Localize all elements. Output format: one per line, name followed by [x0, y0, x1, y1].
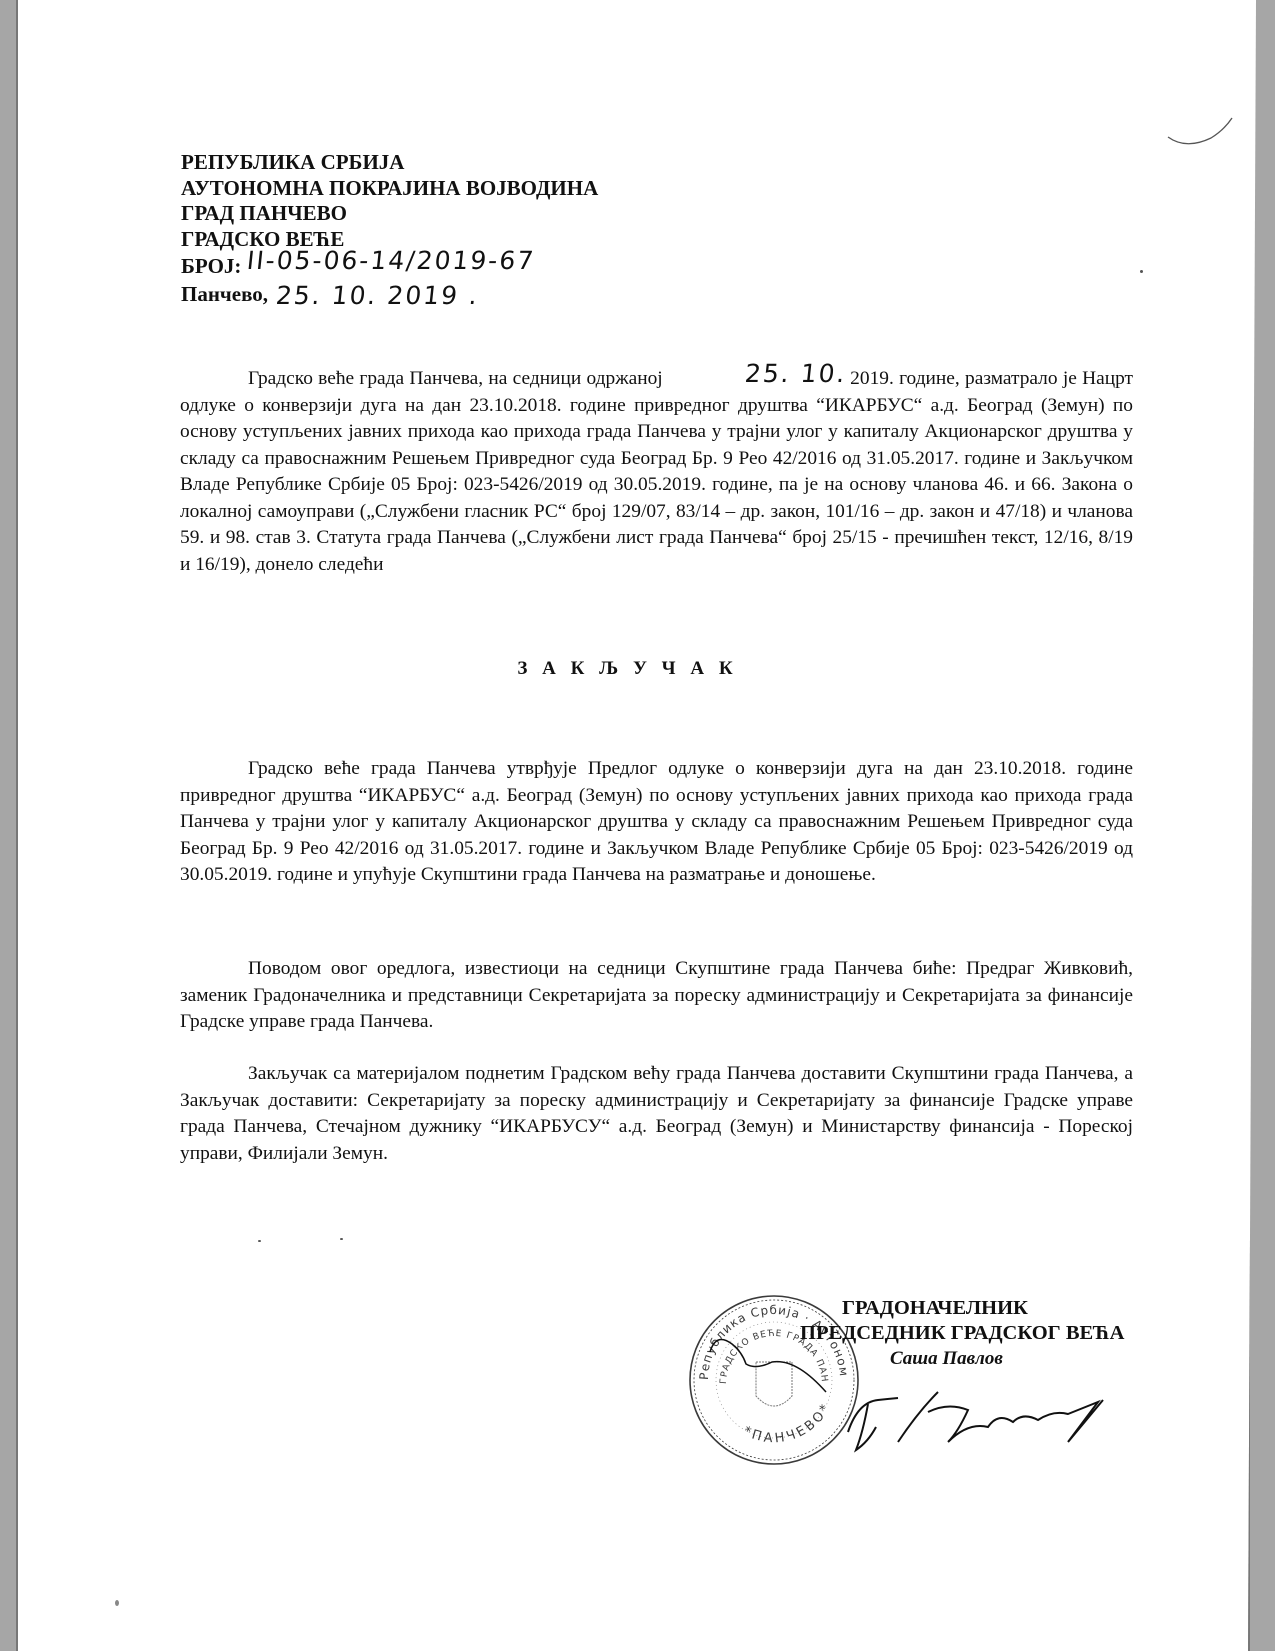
pen-mark [1166, 110, 1236, 160]
header-line-province: АУТОНОМНА ПОКРАЈИНА ВОЈВОДИНА [181, 176, 598, 202]
place-date-line: Панчево,25. 10. 2019 . [181, 280, 598, 308]
scan-speck [1140, 270, 1143, 273]
intro-paragraph: Градско веће града Панчева, на седници о… [180, 363, 1133, 578]
reference-number-line: БРОЈ:II-05-06-14/2019-67 [181, 252, 598, 280]
document-header: РЕПУБЛИКА СРБИЈА АУТОНОМНА ПОКРАЈИНА ВОЈ… [181, 150, 598, 307]
place-label: Панчево, [181, 282, 268, 306]
scan-speck [115, 1600, 119, 1606]
stamp-bottom-text: *ПАНЧЕВО* [741, 1400, 835, 1447]
reference-number-value: II-05-06-14/2019-67 [246, 248, 537, 274]
scan-edge-right [1248, 0, 1275, 1651]
header-line-republic: РЕПУБЛИКА СРБИЈА [181, 150, 598, 176]
scan-edge-left [0, 0, 18, 1651]
header-line-city: ГРАД ПАНЧЕВО [181, 201, 598, 227]
svg-text:*ПАНЧЕВО*: *ПАНЧЕВО* [741, 1400, 835, 1447]
paragraph-conclusion: Градско веће града Панчева утврђује Пред… [180, 756, 1133, 889]
signature-block: ГРАДОНАЧЕЛНИК ПРЕДСЕДНИК ГРАДСКОГ ВЕЋА С… [800, 1296, 1124, 1371]
scan-speck [340, 1238, 343, 1240]
document-title: З А К Љ У Ч А К [0, 658, 1275, 680]
paragraph-delivery: Закључак са материјалом поднетим Градско… [180, 1061, 1133, 1167]
intro-text-after-date: 2019. године, разматрало је Нацрт одлуке… [180, 368, 1133, 575]
signatory-name: Саша Павлов [800, 1346, 1124, 1371]
paragraph-rapporteurs: Поводом овог оредлога, известиоци на сед… [180, 956, 1133, 1036]
scan-speck [258, 1240, 261, 1242]
signatory-title-president: ПРЕДСЕДНИК ГРАДСКОГ ВЕЋА [800, 1321, 1124, 1346]
signatory-title-mayor: ГРАДОНАЧЕЛНИК [800, 1296, 1124, 1321]
intro-text-before-date: Градско веће града Панчева, на седници о… [248, 368, 663, 389]
reference-number-label: БРОЈ: [181, 254, 241, 278]
document-date: 25. 10. 2019 . [275, 283, 481, 309]
handwritten-signature [838, 1372, 1108, 1462]
session-date-handwritten: 25. 10. [675, 361, 847, 388]
